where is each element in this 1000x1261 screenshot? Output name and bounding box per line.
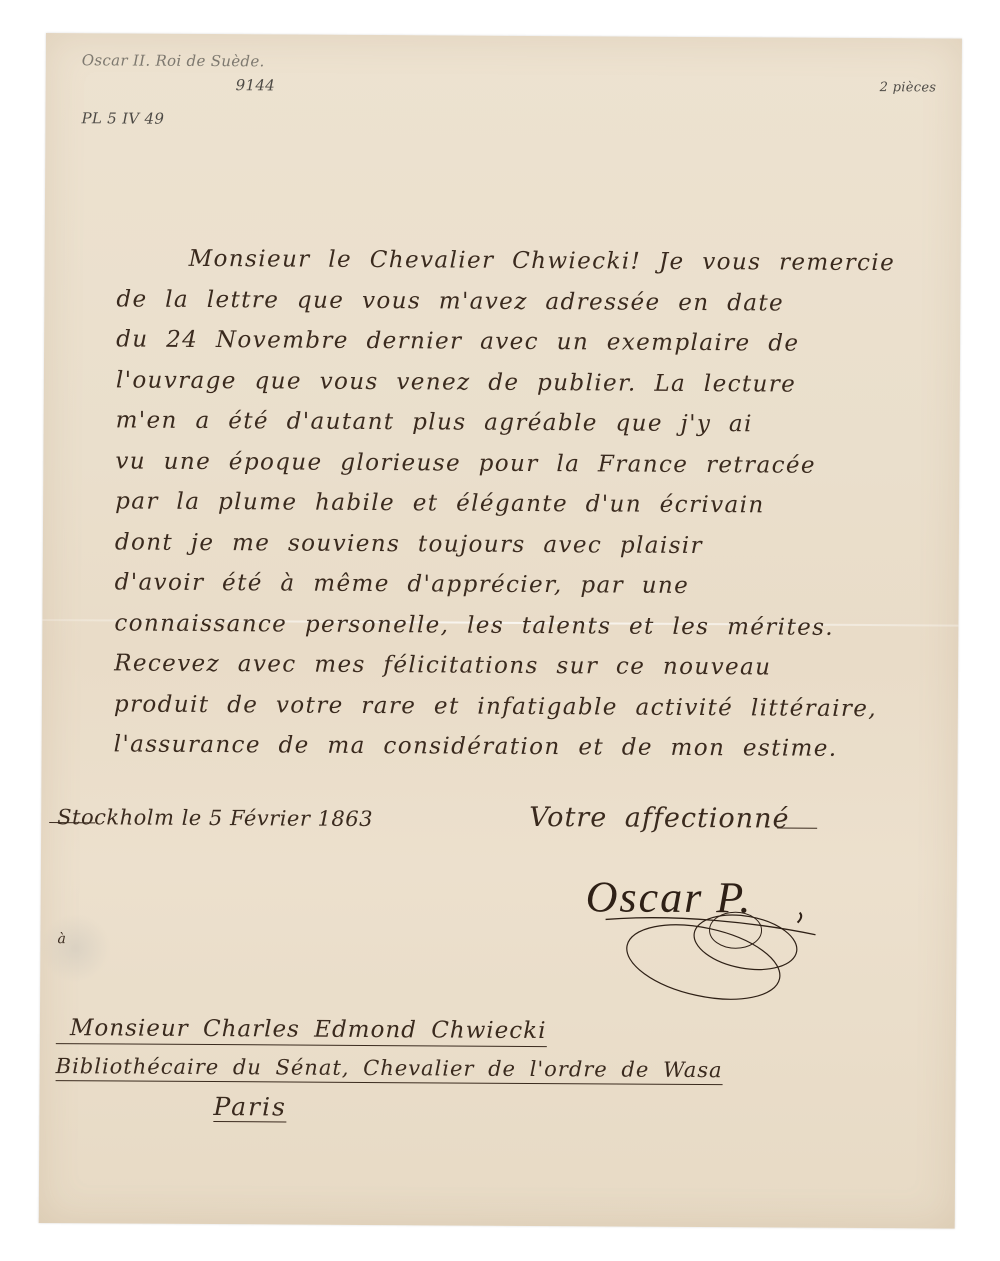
archival-title-note: Oscar II. Roi de Suède. [82, 51, 265, 70]
body-line: d'avoir été à même d'apprécier, par une [115, 562, 945, 608]
signature-flourish-icon [585, 861, 846, 1003]
address-city: Paris [213, 1092, 287, 1122]
body-line: m'en a été d'autant plus agréable que j'… [116, 400, 946, 446]
archival-reference: PL 5 IV 49 [81, 109, 164, 128]
body-line: dont je me souviens toujours avec plaisi… [115, 522, 945, 568]
body-line: l'assurance de ma considération et de mo… [114, 724, 944, 770]
paper-stain [40, 913, 110, 983]
recipient-address: Monsieur Charles Edmond Chwiecki Bibliot… [55, 1015, 723, 1125]
body-line: de la lettre que vous m'avez adressée en… [116, 279, 946, 325]
letter-sheet: Oscar II. Roi de Suède. 9144 PL 5 IV 49 … [39, 33, 962, 1229]
archival-pieces-count: 2 pièces [880, 80, 937, 95]
closing-salutation: Votre affectionné [529, 802, 789, 835]
body-line: du 24 Novembre dernier avec un exemplair… [116, 319, 946, 365]
body-line: Monsieur le Chevalier Chwiecki! Je vous … [116, 238, 946, 284]
signature: Oscar P. [585, 861, 846, 1003]
address-prefix: à [57, 931, 65, 947]
body-line: par la plume habile et élégante d'un écr… [115, 481, 945, 527]
body-line: produit de votre rare et infatigable act… [114, 684, 944, 730]
address-recipient-title: Bibliothécaire du Sénat, Chevalier de l'… [56, 1054, 723, 1085]
body-line: Recevez avec mes félicitations sur ce no… [114, 643, 944, 689]
address-recipient-name: Monsieur Charles Edmond Chwiecki [56, 1015, 547, 1047]
body-line: vu une époque glorieuse pour la France r… [115, 441, 945, 487]
place-date: Stockholm le 5 Février 1863 [57, 805, 373, 832]
archival-number: 9144 [236, 76, 275, 94]
letter-body: Monsieur le Chevalier Chwiecki! Je vous … [114, 238, 947, 770]
body-line: connaissance personelle, les talents et … [114, 603, 944, 649]
body-line: l'ouvrage que vous venez de publier. La … [116, 360, 946, 406]
